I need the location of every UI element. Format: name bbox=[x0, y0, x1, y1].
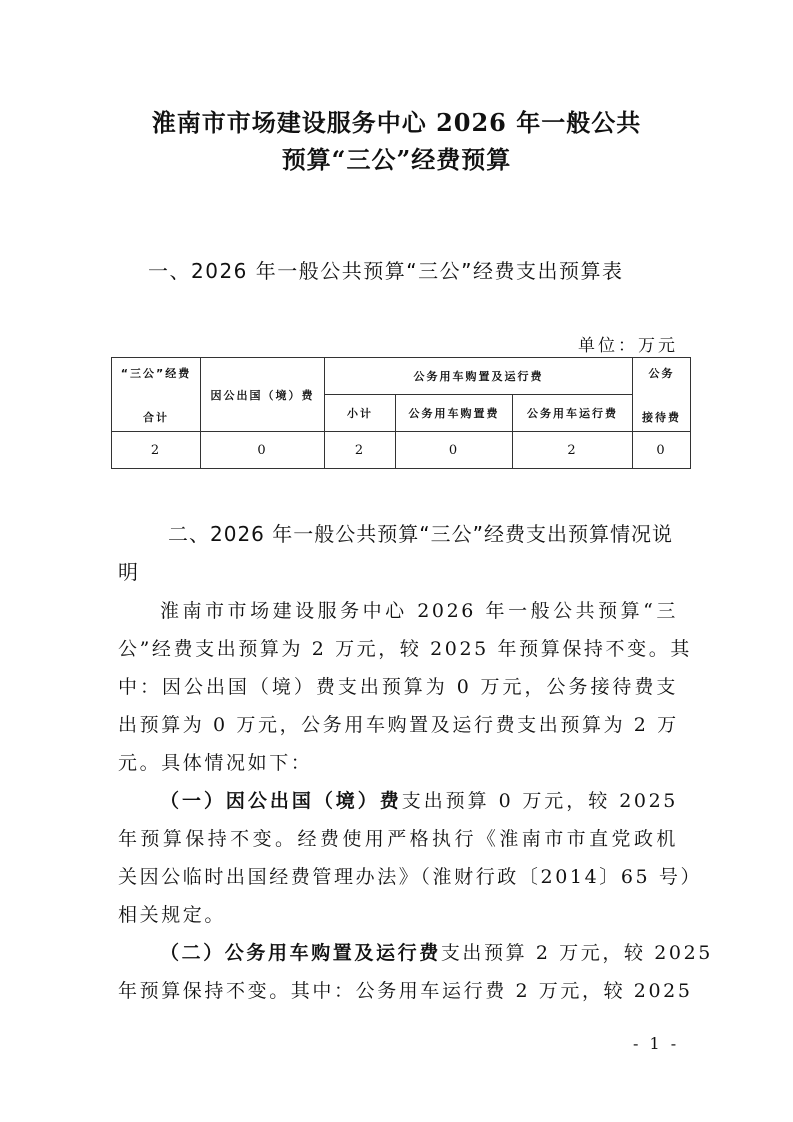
cell-total: 2 bbox=[112, 432, 201, 469]
paragraph-line: 公”经费支出预算为 2 万元，较 2025 年预算保持不变。其 bbox=[118, 634, 678, 661]
cell-vehicle-operation: 2 bbox=[513, 432, 633, 469]
cell-vehicle-purchase: 0 bbox=[396, 432, 513, 469]
document-title-line-1: 淮南市市场建设服务中心 2026 年一般公共 bbox=[0, 103, 793, 138]
item-1-line: 年预算保持不变。经费使用严格执行《淮南市市直党政机 bbox=[118, 824, 678, 851]
header-vehicle-purchase: 公务用车购置费 bbox=[396, 395, 513, 432]
paragraph-line: 元。具体情况如下： bbox=[118, 748, 678, 775]
cell-vehicle-subtotal: 2 bbox=[325, 432, 396, 469]
paragraph-line: 出预算为 0 万元，公务用车购置及运行费支出预算为 2 万 bbox=[118, 710, 678, 737]
cell-reception: 0 bbox=[633, 432, 691, 469]
unit-label: 单位：万元 bbox=[578, 331, 678, 356]
section-1-heading: 一、2026 年一般公共预算“三公”经费支出预算表 bbox=[148, 255, 623, 284]
header-reception: 公务 接待费 bbox=[633, 358, 691, 432]
header-total-line-1: “三公”经费 bbox=[112, 365, 200, 381]
header-vehicle-operation: 公务用车运行费 bbox=[513, 395, 633, 432]
header-total-line-2: 合计 bbox=[112, 409, 200, 425]
item-1-line: 关因公临时出国经费管理办法》（淮财行政〔2014〕65 号） bbox=[118, 862, 678, 889]
three-public-budget-table: “三公”经费 合计 因公出国（境）费 公务用车购置及运行费 公务 接待费 小计 … bbox=[111, 357, 691, 469]
item-1-line: 相关规定。 bbox=[118, 900, 678, 927]
document-title-line-2: 预算“三公”经费预算 bbox=[0, 140, 793, 175]
header-reception-line-2: 接待费 bbox=[633, 409, 690, 425]
item-2-line: （二）公务用车购置及运行费支出预算 2 万元，较 2025 bbox=[118, 938, 678, 965]
header-vehicle-group: 公务用车购置及运行费 bbox=[325, 358, 633, 395]
paragraph-line: 淮南市市场建设服务中心 2026 年一般公共预算“三 bbox=[118, 596, 678, 623]
header-vehicle-subtotal: 小计 bbox=[325, 395, 396, 432]
item-1-label: （一）因公出国（境）费 bbox=[160, 790, 402, 812]
cell-overseas: 0 bbox=[201, 432, 325, 469]
section-2-heading: 二、2026 年一般公共预算“三公”经费支出预算情况说 bbox=[168, 518, 673, 547]
header-total: “三公”经费 合计 bbox=[112, 358, 201, 432]
page-number: - 1 - bbox=[633, 1034, 679, 1053]
item-2-label: （二）公务用车购置及运行费 bbox=[160, 942, 441, 964]
section-2-heading-cont: 明 bbox=[118, 556, 138, 585]
paragraph-line: 中：因公出国（境）费支出预算为 0 万元，公务接待费支 bbox=[118, 672, 678, 699]
item-2-text: 支出预算 2 万元，较 2025 bbox=[441, 942, 713, 964]
item-1-text: 支出预算 0 万元，较 2025 bbox=[402, 790, 678, 812]
table-row: 2 0 2 0 2 0 bbox=[112, 432, 691, 469]
header-overseas: 因公出国（境）费 bbox=[201, 358, 325, 432]
header-reception-line-1: 公务 bbox=[633, 365, 690, 381]
item-1-line: （一）因公出国（境）费支出预算 0 万元，较 2025 bbox=[118, 786, 678, 813]
item-2-line: 年预算保持不变。其中：公务用车运行费 2 万元，较 2025 bbox=[118, 976, 678, 1003]
